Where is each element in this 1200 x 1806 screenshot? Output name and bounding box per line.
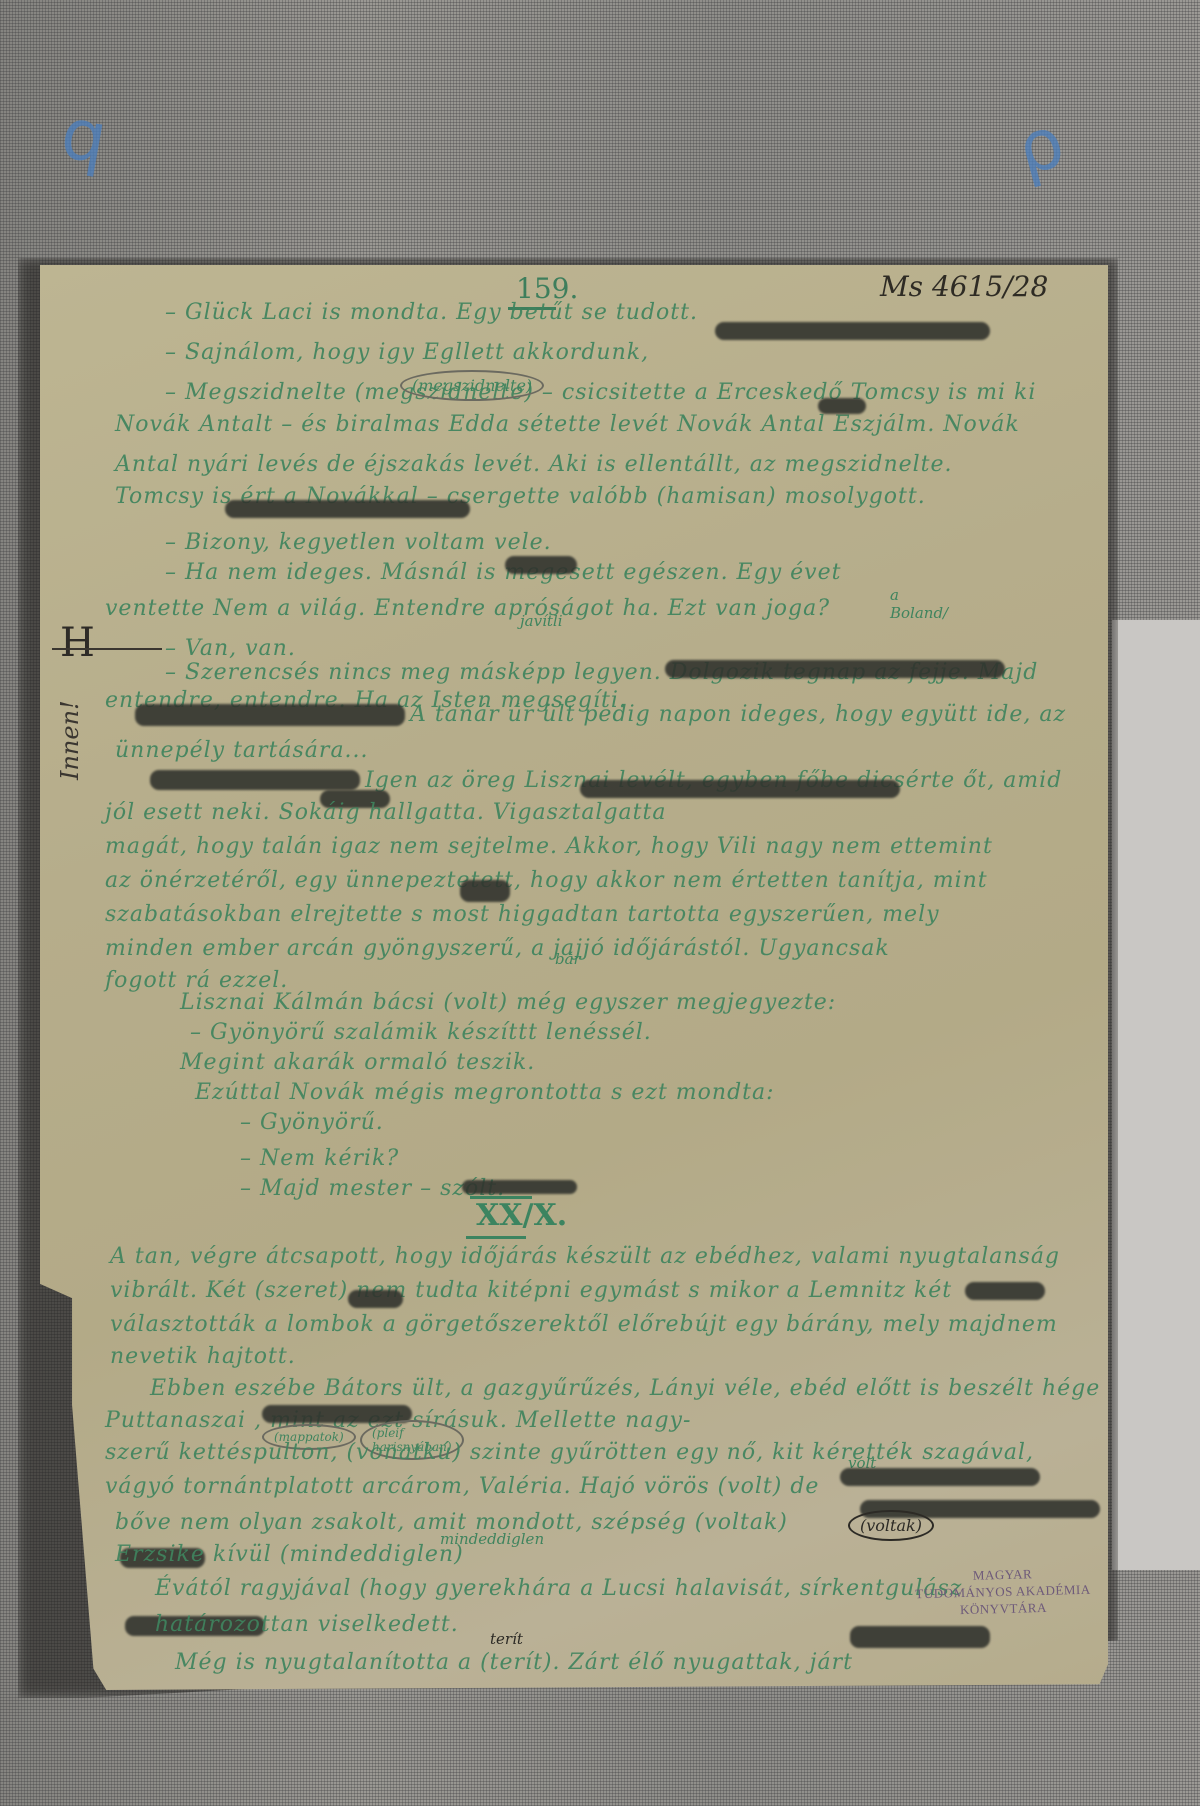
margin-insert-rule — [52, 648, 162, 650]
strikeout — [965, 1282, 1045, 1300]
blue-pencil-mark-left: q — [55, 92, 113, 180]
text-line: nevetik hajtott. — [110, 1344, 296, 1369]
strikeout — [665, 660, 1005, 678]
strikeout — [462, 1180, 577, 1194]
text-line: ünnepély tartására... — [115, 738, 369, 763]
text-line: Novák Antalt – és biralmas Edda sétette … — [115, 412, 1020, 437]
heading-rule-bottom — [466, 1236, 526, 1239]
text-line: Lisznai Kálmán bácsi (volt) még egyszer … — [180, 990, 836, 1015]
text-line: határozottan viselkedett. — [155, 1612, 459, 1637]
text-line: minden ember arcán gyöngyszerű, a jajjó … — [105, 936, 890, 961]
margin-insert-mark: H — [60, 620, 95, 666]
text-line: jól esett neki. Sokáig hallgatta. Vigasz… — [105, 800, 666, 825]
archive-shelfmark: Ms 4615/28 — [880, 270, 1048, 303]
text-line: Ezúttal Novák mégis megrontotta s ezt mo… — [195, 1080, 775, 1105]
strikeout — [460, 880, 510, 902]
text-line: Antal nyári levés de éjszakás levét. Aki… — [115, 452, 953, 477]
text-line: Megint akarák ormaló teszik. — [180, 1050, 535, 1075]
margin-note: Innen! — [56, 700, 84, 780]
text-line: szabatásokban elrejtette s most higgadta… — [105, 902, 940, 927]
text-line: vágyó tornántplatott arcárom, Valéria. H… — [105, 1474, 819, 1499]
circled-insert: (megszidnelte) — [400, 370, 544, 401]
text-line: – Gyönyörű szalámik készíttt lenéssél. — [190, 1020, 652, 1045]
strikeout — [580, 780, 900, 798]
text-line: – Sajnálom, hogy igy Egllett akkordunk, — [165, 340, 649, 365]
strikeout — [850, 1626, 990, 1648]
strikeout — [348, 1290, 403, 1308]
interlinear-insert: javítli — [520, 612, 563, 630]
interlinear-insert: mindeddiglen — [440, 1530, 544, 1548]
text-line: A tan, végre átcsapott, hogy időjárás ké… — [110, 1244, 1060, 1269]
text-line: Ebben eszébe Bátors ült, a gazgyűrűzés, … — [150, 1376, 1100, 1401]
text-line: Évától ragyjával (hogy gyerekhára a Lucs… — [155, 1576, 962, 1601]
text-line: – Megszidnelte (megszidnelte) – csicsite… — [165, 380, 1036, 405]
circled-insert: (voltak) — [848, 1510, 934, 1541]
text-line: választották a lombok a görgetőszerektől… — [110, 1312, 1058, 1337]
text-line: ventette Nem a világ. Entendre apróságot… — [105, 596, 830, 621]
text-line: Erzsike kívül (mindeddiglen) — [115, 1542, 464, 1567]
text-line: – Gyönyörű. — [240, 1110, 384, 1135]
strikeout — [225, 500, 470, 518]
strikeout — [818, 398, 866, 414]
blue-pencil-mark-right: ρ — [1008, 101, 1072, 192]
chapter-heading: XX/X. — [476, 1198, 567, 1233]
text-line: – Bizony, kegyetlen voltam vele. — [165, 530, 552, 555]
library-stamp: MAGYAR TUDOMÁNYOS AKADÉMIA KÖNYVTÁRA — [907, 1564, 1098, 1620]
strikeout — [505, 556, 577, 574]
interlinear-insert: terít — [490, 1630, 523, 1648]
strikeout — [150, 770, 360, 790]
text-line: – Ha nem ideges. Másnál is megesett egés… — [165, 560, 841, 585]
text-line: – Nem kérik? — [240, 1146, 399, 1171]
strikeout — [262, 1405, 412, 1423]
strikeout — [135, 704, 405, 726]
strikeout — [715, 322, 990, 340]
text-line: az önérzetéről, egy ünnepeztetett, hogy … — [105, 868, 988, 893]
strikeout — [840, 1468, 1040, 1486]
text-line: Még is nyugtalanította a (terít). Zárt é… — [175, 1650, 853, 1675]
text-line: szerű kettéspulton, (vonatkú) szinte gyű… — [105, 1440, 1034, 1465]
text-line: – Glück Laci is mondta. Egy betűt se tud… — [165, 300, 698, 325]
text-line: magát, hogy talán igaz nem sejtelme. Akk… — [105, 834, 993, 859]
interlinear-insert: a Boland/ — [890, 586, 948, 622]
background-sheet — [1112, 620, 1200, 1570]
text-line: A tanár úr ült pedig napon ideges, hogy … — [410, 702, 1066, 727]
interlinear-insert: bár — [555, 950, 581, 968]
text-line: – Van, van. — [165, 636, 296, 661]
text-line: vibrált. Két (szeret) nem tudta kitépni … — [110, 1278, 952, 1303]
